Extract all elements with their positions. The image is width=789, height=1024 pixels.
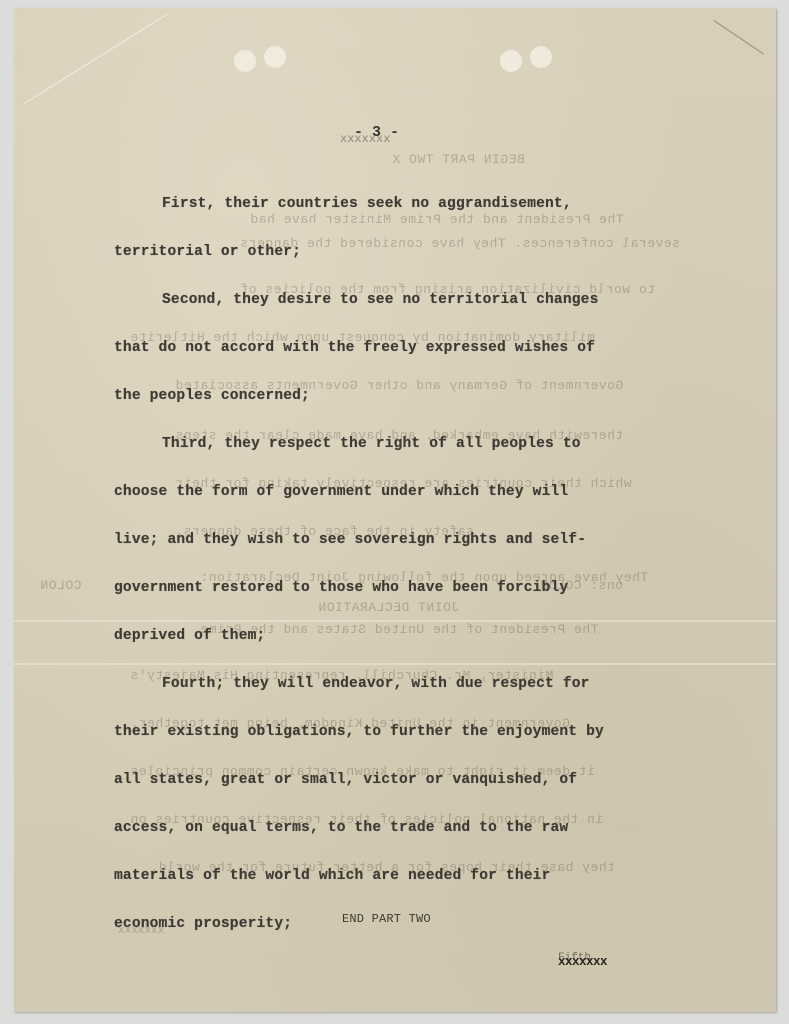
body-line: the peoples concerned; (114, 388, 310, 404)
body-line: Second, they desire to see no territoria… (162, 292, 598, 308)
scanned-document: BEGIN PART TWO X COLON ons: COLON JOINT … (0, 0, 789, 1024)
punch-hole (530, 46, 552, 68)
body-line: their existing obligations, to further t… (114, 724, 604, 740)
body-line: live; and they wish to see sovereign rig… (114, 532, 586, 548)
body-line: materials of the world which are needed … (114, 868, 550, 884)
paper-crease (713, 20, 763, 54)
show-through-line: several conferences. They have considere… (240, 236, 680, 251)
show-through-margin: COLON (40, 578, 82, 593)
body-line: government restored to those who have be… (114, 580, 568, 596)
body-line: that do not accord with the freely expre… (114, 340, 595, 356)
body-line: Third, they respect the right of all peo… (162, 436, 581, 452)
body-line: Fourth; they will endeavor, with due res… (162, 676, 590, 692)
faint-strikeover: xxxxxxx (118, 925, 164, 937)
body-line: deprived of them; (114, 628, 265, 644)
paper-crease (24, 13, 169, 104)
punch-hole (264, 46, 286, 68)
punch-hole (234, 50, 256, 72)
show-through-header: BEGIN PART TWO X (392, 152, 525, 167)
body-line: all states, great or small, victor or va… (114, 772, 577, 788)
show-through-heading: JOINT DECLARATION (318, 600, 459, 615)
body-line: choose the form of government under whic… (114, 484, 568, 500)
body-line: First, their countries seek no aggrandis… (162, 196, 572, 212)
punch-hole (500, 50, 522, 72)
show-through-line: The President and the Prime Minister hav… (250, 212, 624, 227)
end-part-marker: END PART TWO (342, 912, 431, 926)
body-line: access, on equal terms, to the trade and… (114, 820, 568, 836)
body-line: territorial or other; (114, 244, 301, 260)
paper-fold (14, 663, 776, 665)
page-number: - 3 - (354, 124, 399, 141)
struck-word: xxxxxxx (558, 955, 607, 969)
